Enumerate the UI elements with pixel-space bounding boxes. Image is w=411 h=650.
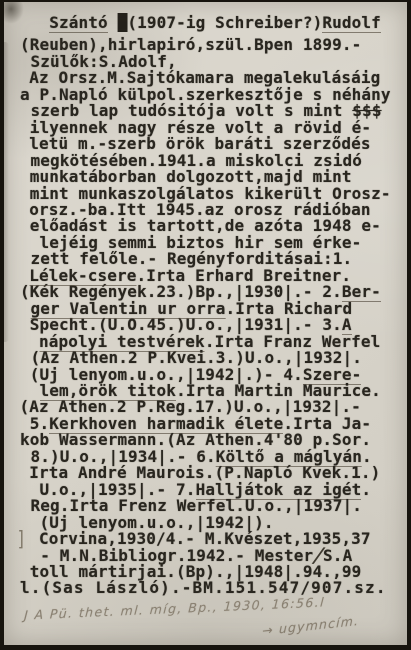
text-segment: (Az Athen.2 P.Reg.17.)U.o.,|1932|.- [20,397,361,416]
text-segment: szerb lap tudósitója volt s mint [21,101,353,120]
text-segment: (Az Athen.2 P.Kvei.3.)U.o.,|1932|. [21,348,362,367]
underlined-text: Rudolf [322,13,381,33]
text-segment: l.(Sas László).-BM.151.547/907.sz. [20,578,387,597]
text-segment: S.A [323,546,352,565]
typed-line: szerb lap tudósitója volt s mint $$$ [21,103,402,119]
text-segment [108,13,118,32]
pencil-annotation-arrow: → ugymncím. [262,613,359,638]
text-segment [20,266,30,285]
scan-smudge-left-edge [1,42,9,342]
underlined-text: Lélek-csere [29,266,136,286]
text-segment: (1907-ig Schreiber?) [127,13,322,32]
typed-line: Szántó █(1907-ig Schreiber?)Rudolf [20,15,401,31]
index-card: Szántó █(1907-ig Schreiber?)Rudolf(Reube… [0,0,411,650]
text-segment: Az Orsz.M.Sajtókamara megalekulásáig [20,68,381,87]
typed-line: (Az Athen.2 P.Kvei.3.)U.o.,|1932|. [21,350,402,366]
struck-out-text: $$$ [352,101,381,120]
typed-line: megkötésében.1941.a miskolci zsidó [21,153,402,169]
typed-line: Az Orsz.M.Sajtókamara megalekulásáig [20,70,401,86]
typed-line: - M.N.Bibliogr.1942.- Mester/S.A [21,548,402,564]
typed-line: Irta André Maurois.(P.Napló Kvek.1.) [20,465,401,481]
text-segment [20,13,49,32]
text-segment: orsz.-ba.Itt 1945.az orosz rádióban [20,200,371,219]
typed-text: Szántó █(1907-ig Schreiber?)Rudolf(Reube… [20,15,401,597]
underlined-text: ger Valentin ur orra [30,299,225,319]
typed-line: l.(Sas László).-BM.151.547/907.sz. [20,580,401,596]
text-segment [21,299,31,318]
text-segment: . [361,480,371,499]
typed-line: (Az Athen.2 P.Reg.17.)U.o.,|1932|.- [20,399,401,415]
text-segment: - M.N.Bibliogr.1942.- Mester [21,546,314,565]
typed-line: Lélek-csere.Irta Erhard Breitner. [20,268,401,284]
text-segment: Reg.Irta Frenz Werfel.U.o.,|1937|. [21,496,362,515]
typed-line: Reg.Irta Frenz Werfel.U.o.,|1937|. [21,498,402,514]
text-segment: megkötésében.1941.a miskolci zsidó [21,151,362,170]
text-segment: .Irta Richard [226,299,353,318]
typed-line: orsz.-ba.Itt 1945.az orosz rádióban [20,202,401,218]
typed-line: ger Valentin ur orra.Irta Richard [21,301,402,317]
obliterated-character: █ [118,13,128,32]
pencil-annotation-bottom: J A Pü. thet. ml. míg, Bp., 1930, 16:56.… [24,594,326,622]
text-segment: Irta André Maurois.(P.Napló Kvek.1.) [20,463,381,482]
underlined-text: Szántó [49,13,108,33]
text-segment: .Irta Erhard Breitner. [137,266,352,285]
